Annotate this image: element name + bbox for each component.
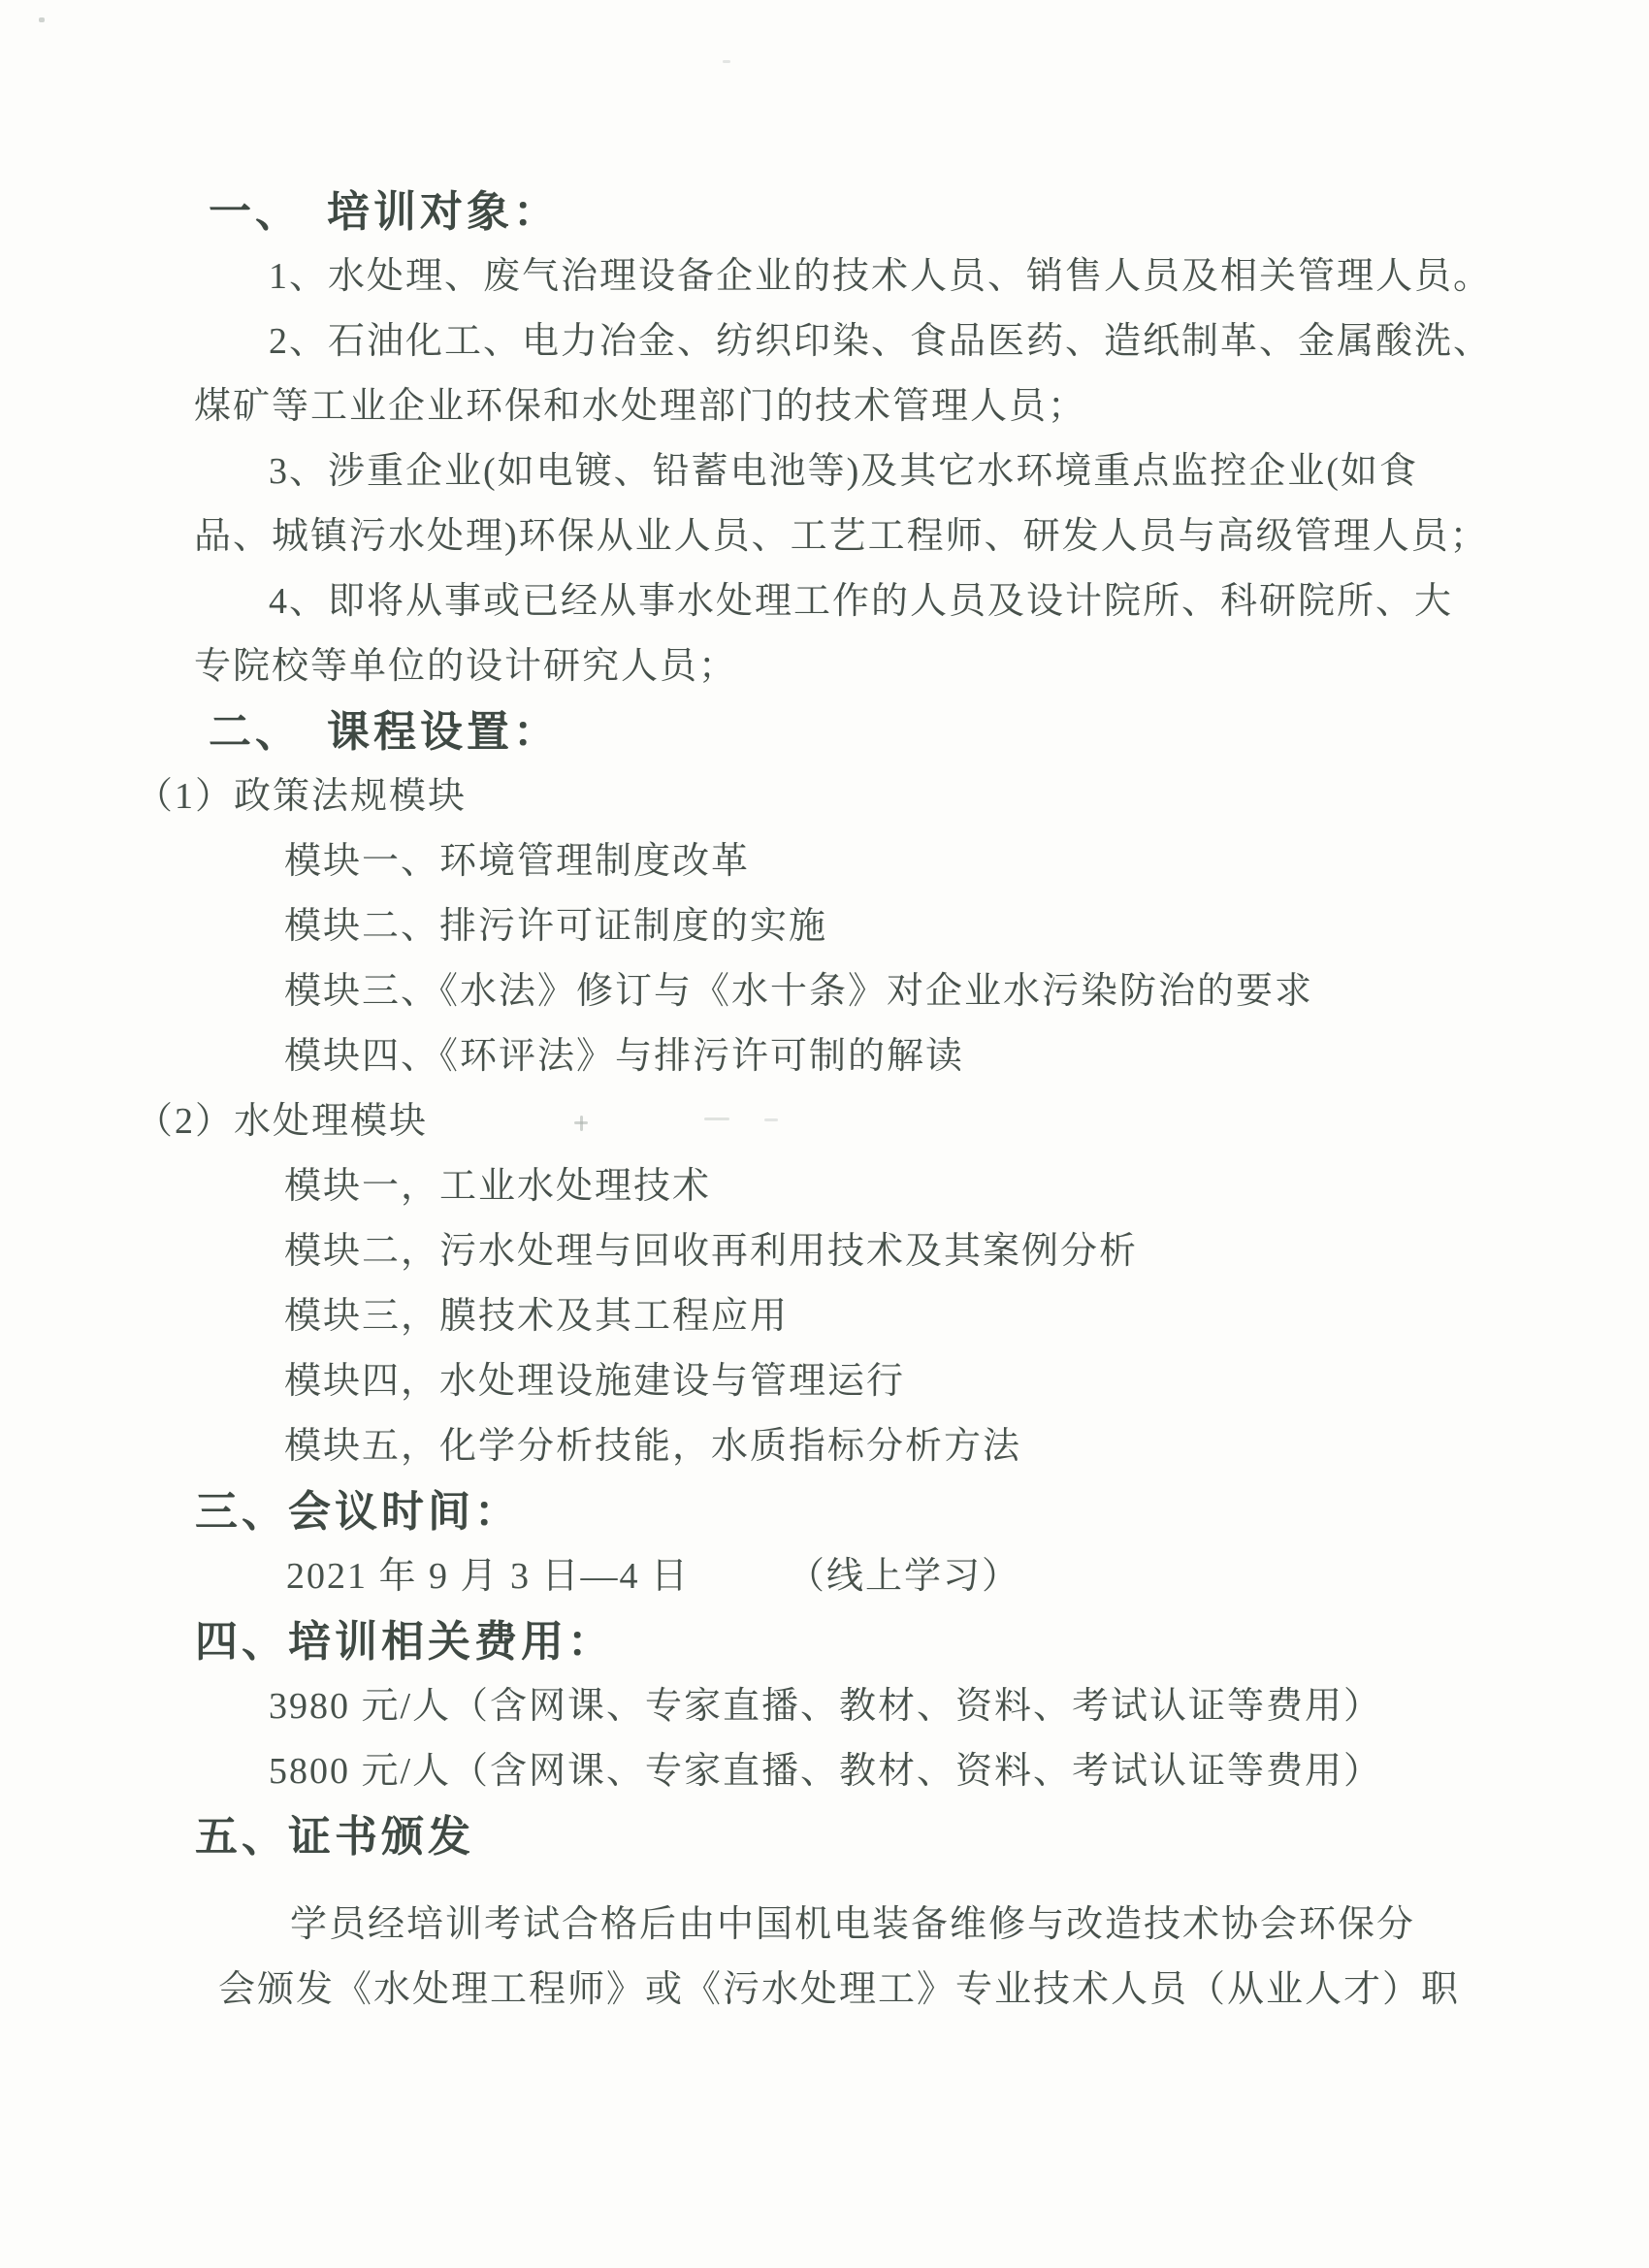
heading-section-2-course-setup: 二、 课程设置： xyxy=(0,699,1649,764)
heading-section-5-certificate-issue: 五、证书颁发 xyxy=(0,1804,1649,1869)
training-target-item-3-line-2: 品、城镇污水处理)环保从业人员、工艺工程师、研发人员与高级管理人员； xyxy=(0,504,1649,569)
fee-option-1: 3980 元/人（含网课、专家直播、教材、资料、考试认证等费用） xyxy=(0,1674,1649,1739)
certificate-paragraph-line-1: 学员经培训考试合格后由中国机电装备维修与改造技术协会环保分 xyxy=(0,1893,1649,1958)
scan-speck xyxy=(764,1118,778,1121)
scan-speck xyxy=(580,1116,583,1131)
training-target-item-4-line-2: 专院校等单位的设计研究人员； xyxy=(0,634,1649,699)
training-target-item-2-line-1: 2、石油化工、电力冶金、纺织印染、食品医药、造纸制革、金属酸洗、 xyxy=(0,309,1649,374)
policy-module-item-2: 模块二、排污许可证制度的实施 xyxy=(0,894,1649,959)
training-target-item-3-line-1: 3、涉重企业(如电镀、铅蓄电池等)及其它水环境重点监控企业(如食 xyxy=(0,439,1649,504)
policy-module-item-1: 模块一、环境管理制度改革 xyxy=(0,829,1649,894)
water-module-item-3: 模块三，膜技术及其工程应用 xyxy=(0,1284,1649,1349)
water-module-item-2: 模块二，污水处理与回收再利用技术及其案例分析 xyxy=(0,1219,1649,1284)
water-module-item-1: 模块一，工业水处理技术 xyxy=(0,1154,1649,1219)
scan-speck xyxy=(704,1118,729,1120)
heading-section-3-meeting-time: 三、会议时间： xyxy=(0,1479,1649,1544)
heading-section-4-training-fees: 四、培训相关费用： xyxy=(0,1609,1649,1674)
certificate-paragraph-line-2: 会颁发《水处理工程师》或《污水处理工》专业技术人员（从业人才）职 xyxy=(0,1958,1649,2023)
subheading-water-treatment-module: （2）水处理模块 xyxy=(0,1089,1649,1154)
training-target-item-2-line-2: 煤矿等工业企业环保和水处理部门的技术管理人员； xyxy=(0,374,1649,439)
heading-section-1-training-targets: 一、 培训对象： xyxy=(0,179,1649,244)
training-target-item-1: 1、水处理、废气治理设备企业的技术人员、销售人员及相关管理人员。 xyxy=(0,244,1649,309)
fee-option-2: 5800 元/人（含网课、专家直播、教材、资料、考试认证等费用） xyxy=(0,1739,1649,1804)
water-module-item-5: 模块五，化学分析技能，水质指标分析方法 xyxy=(0,1414,1649,1479)
policy-module-item-3: 模块三、《水法》修订与《水十条》对企业水污染防治的要求 xyxy=(0,959,1649,1024)
scanned-document-page: 一、 培训对象： 1、水处理、废气治理设备企业的技术人员、销售人员及相关管理人员… xyxy=(0,0,1649,2268)
scan-speck xyxy=(39,17,45,22)
document-body: 一、 培训对象： 1、水处理、废气治理设备企业的技术人员、销售人员及相关管理人员… xyxy=(0,179,1649,2023)
subheading-policy-regulation-module: （1）政策法规模块 xyxy=(0,764,1649,829)
meeting-time-line: 2021 年 9 月 3 日—4 日 （线上学习） xyxy=(0,1544,1649,1609)
scan-speck xyxy=(723,60,730,63)
training-target-item-4-line-1: 4、即将从事或已经从事水处理工作的人员及设计院所、科研院所、大 xyxy=(0,569,1649,634)
water-module-item-4: 模块四，水处理设施建设与管理运行 xyxy=(0,1349,1649,1414)
policy-module-item-4: 模块四、《环评法》与排污许可制的解读 xyxy=(0,1024,1649,1089)
